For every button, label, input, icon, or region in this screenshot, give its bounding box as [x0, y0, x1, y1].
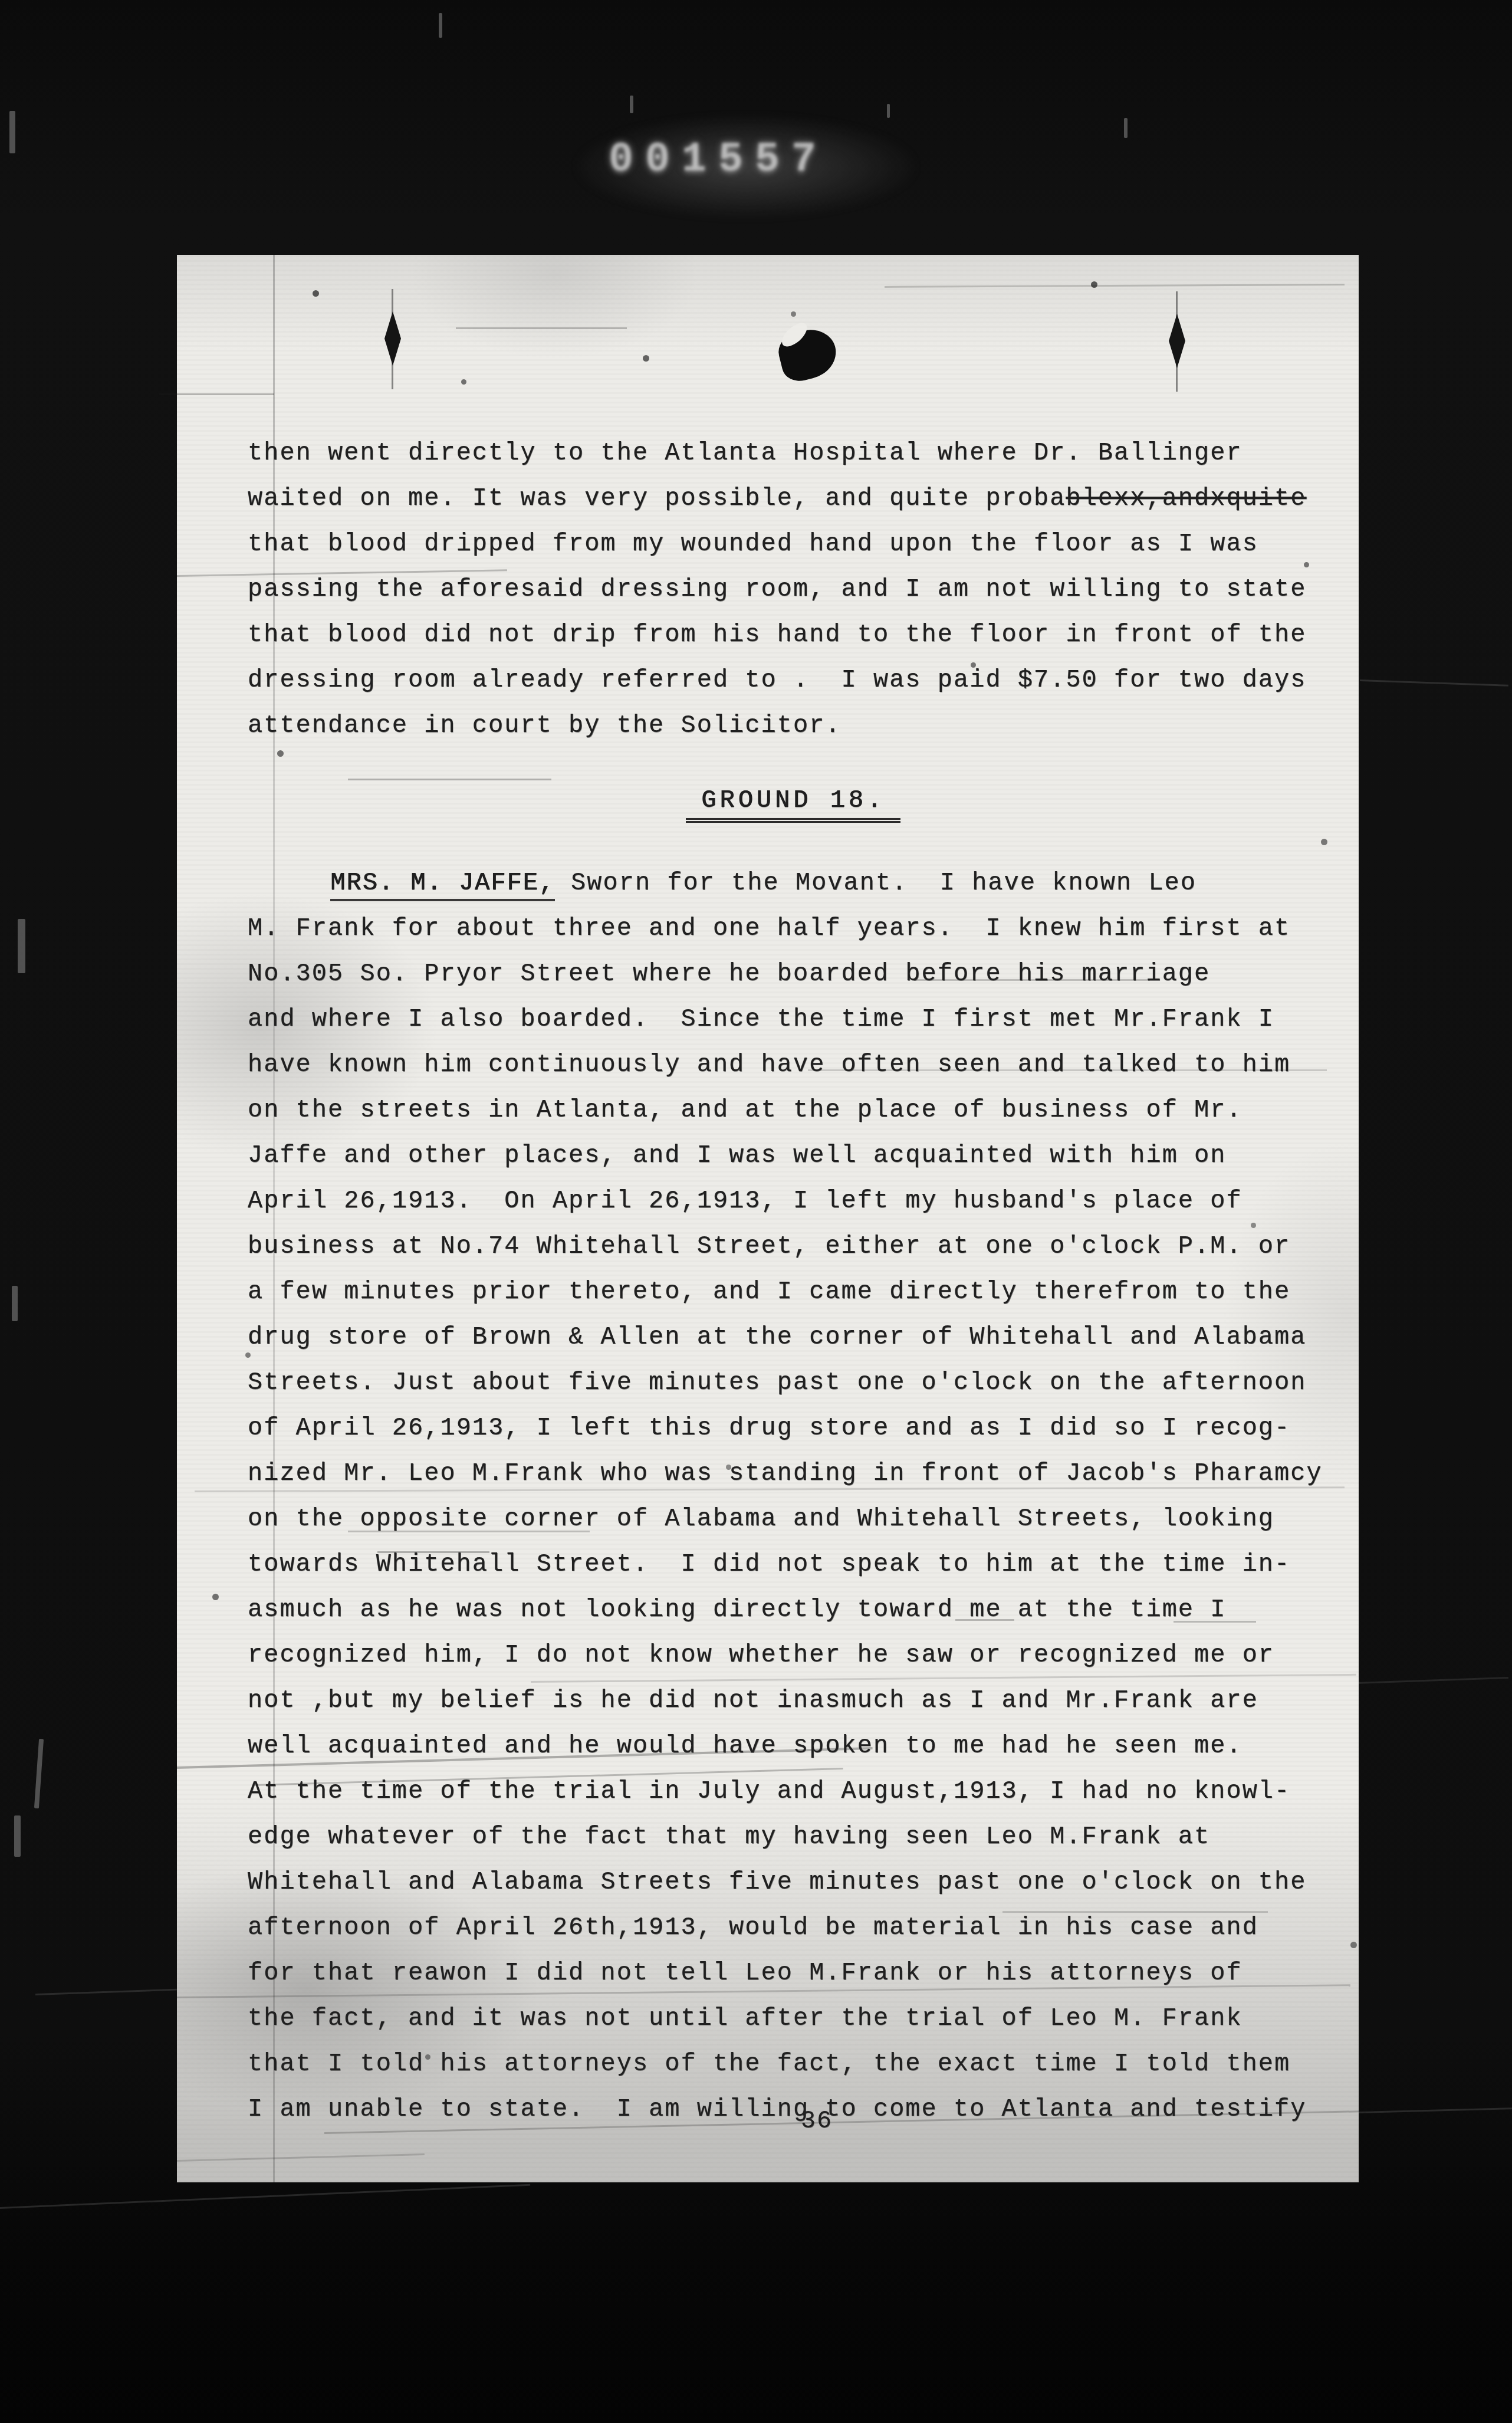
document-line: M. Frank for about three and one half ye…: [248, 906, 1339, 951]
document-line: At the time of the trial in July and Aug…: [248, 1769, 1339, 1814]
film-edge-mark: [9, 111, 15, 153]
scratch-line: [885, 284, 1345, 288]
document-line: of April 26,1913, I left this drug store…: [248, 1406, 1339, 1451]
affidavit-text: then went directly to the Atlanta Hospit…: [248, 431, 1339, 2132]
document-line: business at No.74 Whitehall Street, eith…: [248, 1224, 1339, 1269]
document-line: MRS. M. JAFFE, Sworn for the Movant. I h…: [248, 861, 1339, 906]
film-scratch: [1360, 679, 1508, 687]
film-scratch: [1356, 1677, 1508, 1684]
document-line: that blood did not drip from his hand to…: [248, 612, 1339, 658]
document-line: Streets. Just about five minutes past on…: [248, 1360, 1339, 1406]
film-scan-background: { "document": { "stamp": "001557", "head…: [0, 0, 1512, 2423]
paragraph-2: MRS. M. JAFFE, Sworn for the Movant. I h…: [248, 861, 1339, 2132]
document-line: a few minutes prior thereto, and I came …: [248, 1269, 1339, 1315]
document-line: well acquainted and he would have spoken…: [248, 1723, 1339, 1769]
ground-heading: GROUND 18.: [686, 786, 900, 823]
scratch-line: [177, 2153, 425, 2162]
film-frame-number-stamp: 001557: [609, 137, 828, 183]
document-line: on the opposite corner of Alabama and Wh…: [248, 1496, 1339, 1542]
film-edge-mark: [12, 1286, 18, 1321]
dust-specks: [177, 255, 181, 259]
document-line: have known him continuously and have oft…: [248, 1042, 1339, 1088]
document-line: asmuch as he was not looking directly to…: [248, 1587, 1339, 1633]
paragraph-1: then went directly to the Atlanta Hospit…: [248, 431, 1339, 748]
document-line: recognized him, I do not know whether he…: [248, 1633, 1339, 1678]
document-line: then went directly to the Atlanta Hospit…: [248, 431, 1339, 476]
document-line: Whitehall and Alabama Streets five minut…: [248, 1860, 1339, 1905]
cross-mark-left: [384, 311, 401, 366]
film-edge-mark: [14, 1815, 21, 1857]
document-line: that I told his attorneys of the fact, t…: [248, 2041, 1339, 2087]
film-edge-mark: [18, 919, 25, 973]
document-line: attendance in court by the Solicitor.: [248, 703, 1339, 748]
film-edge-mark: [1124, 118, 1128, 138]
struck-text: blexx,andxquite: [1066, 484, 1306, 513]
film-edge-mark: [887, 104, 890, 118]
film-scratch: [35, 1989, 177, 1995]
ink-blob: [775, 324, 842, 385]
document-line: on the streets in Atlanta, and at the pl…: [248, 1088, 1339, 1133]
film-edge-mark: [630, 96, 633, 113]
document-line: drug store of Brown & Allen at the corne…: [248, 1315, 1339, 1360]
document-line: No.305 So. Pryor Street where he boarded…: [248, 951, 1339, 997]
document-line: April 26,1913. On April 26,1913, I left …: [248, 1178, 1339, 1224]
scratch-line: [159, 393, 274, 395]
film-scratch: [1359, 2107, 1512, 2113]
document-line: towards Whitehall Street. I did not spea…: [248, 1542, 1339, 1587]
scanned-page: then went directly to the Atlanta Hospit…: [177, 255, 1359, 2182]
film-edge-mark: [439, 13, 442, 38]
scratch-line: [456, 327, 627, 329]
document-line: the fact, and it was not until after the…: [248, 1996, 1339, 2041]
document-line: that blood dripped from my wounded hand …: [248, 521, 1339, 567]
document-line: passing the aforesaid dressing room, and…: [248, 567, 1339, 612]
film-scratch: [0, 2184, 530, 2209]
document-line: afternoon of April 26th,1913, would be m…: [248, 1905, 1339, 1951]
document-line: for that reawon I did not tell Leo M.Fra…: [248, 1951, 1339, 1996]
document-line: and where I also boarded. Since the time…: [248, 997, 1339, 1042]
document-line: Jaffe and other places, and I was well a…: [248, 1133, 1339, 1178]
page-number: 36: [770, 2107, 864, 2135]
document-line: dressing room already referred to . I wa…: [248, 658, 1339, 703]
document-line: nized Mr. Leo M.Frank who was standing i…: [248, 1451, 1339, 1496]
document-line: waited on me. It was very possible, and …: [248, 476, 1339, 521]
witness-name: MRS. M. JAFFE,: [330, 869, 555, 901]
document-line: edge whatever of the fact that my having…: [248, 1814, 1339, 1860]
heading-row: GROUND 18.: [248, 748, 1339, 861]
film-edge-mark: [34, 1739, 44, 1808]
document-line: not ,but my belief is he did not inasmuc…: [248, 1678, 1339, 1723]
cross-mark-right: [1169, 314, 1185, 368]
